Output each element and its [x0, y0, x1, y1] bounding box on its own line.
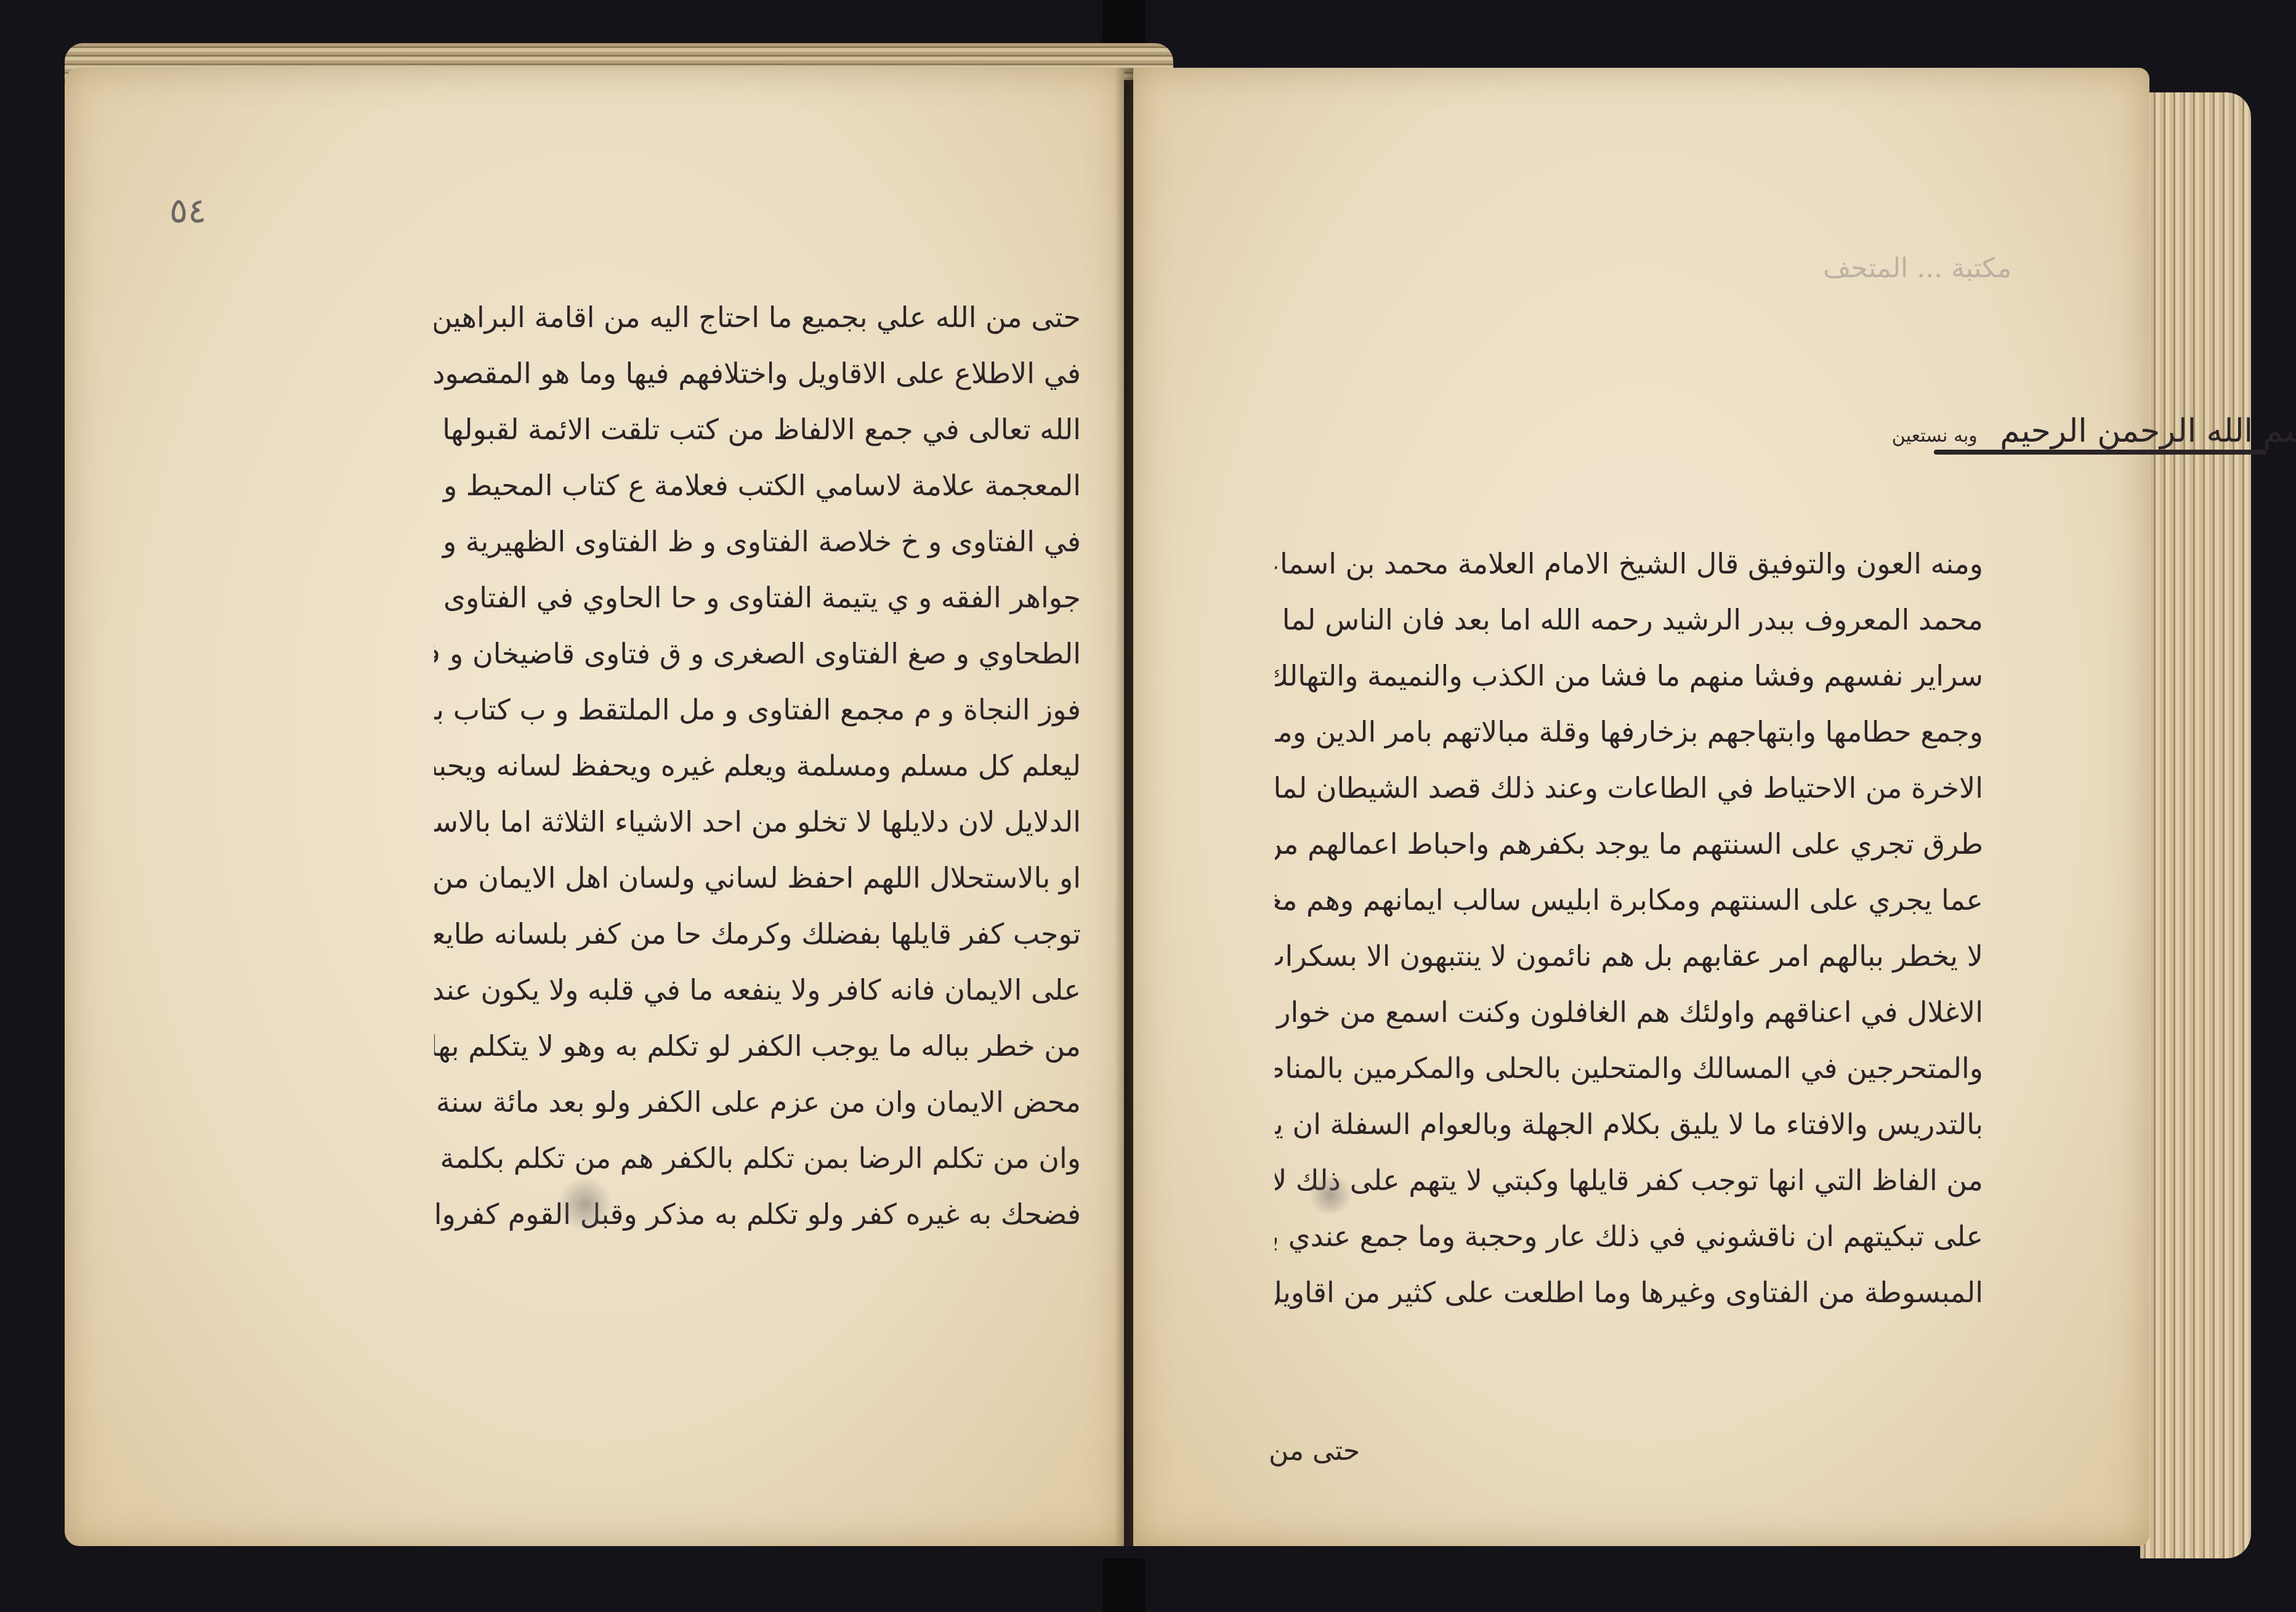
catchword: حتى من [1269, 1435, 1360, 1467]
text-line: والمتحرجين في المسالك والمتحلين بالحلى و… [1275, 1040, 1983, 1096]
library-stamp: مكتبة ... المتحف [1823, 253, 2011, 284]
text-line: الدلايل لان دلايلها لا تخلو من احد الاشي… [434, 794, 1081, 850]
text-line: ليعلم كل مسلم ومسلمة ويعلم غيره ويحفظ لس… [434, 738, 1081, 794]
text-line: المبسوطة من الفتاوى وغيرها وما اطلعت على… [1275, 1265, 1983, 1321]
text-line: على الايمان فانه كافر ولا ينفعه ما في قل… [434, 962, 1081, 1018]
text-line: على تبكيتهم ان ناقشوني في ذلك عار وحجبة … [1275, 1209, 1983, 1265]
basmala-heading: بسم الله الرحمن الرحيم وبه نستعين [1749, 413, 2296, 505]
text-line: سراير نفسهم وفشا منهم ما فشا من الكذب وا… [1275, 648, 1983, 704]
text-line: بالتدريس والافتاء ما لا يليق بكلام الجهل… [1275, 1096, 1983, 1152]
text-line: ومنه العون والتوفيق قال الشيخ الامام الع… [1275, 536, 1983, 592]
text-line: حتى من الله علي بجميع ما احتاج اليه من ا… [434, 290, 1081, 346]
text-line: المعجمة علامة لاسامي الكتب فعلامة ع كتاب… [434, 458, 1081, 514]
folio-number: ٥٤ [169, 191, 206, 231]
text-line: الطحاوي و صغ الفتاوى الصغرى و ق فتاوى قا… [434, 626, 1081, 682]
basmala-extended-stroke [1934, 450, 2266, 455]
right-page-edges [2140, 92, 2251, 1558]
basmala-text: بسم الله الرحمن الرحيم [2000, 413, 2296, 450]
text-line: فضحك به غيره كفر ولو تكلم به مذكر وقبل ا… [434, 1186, 1081, 1242]
text-line: محمد المعروف ببدر الرشيد رحمه الله اما ب… [1275, 592, 1983, 648]
text-line: الاخرة من الاحتياط في الطاعات وعند ذلك ق… [1275, 760, 1983, 816]
left-page-text: حتى من الله علي بجميع ما احتاج اليه من ا… [434, 290, 1081, 1242]
text-line: لا يخطر ببالهم امر عقابهم بل هم نائمون ل… [1275, 928, 1983, 984]
right-page: مكتبة ... المتحف بسم الله الرحمن الرحيم … [1133, 68, 2149, 1546]
ink-stain [1306, 1177, 1355, 1213]
text-line: او بالاستحلال اللهم احفظ لساني ولسان اهل… [434, 850, 1081, 906]
text-line: توجب كفر قايلها بفضلك وكرمك حا من كفر بل… [434, 906, 1081, 962]
text-line: من خطر بباله ما يوجب الكفر لو تكلم به وه… [434, 1018, 1081, 1074]
text-line: في الاطلاع على الاقاويل واختلافهم فيها و… [434, 346, 1081, 402]
text-line: محض الايمان وان من عزم على الكفر ولو بعد… [434, 1074, 1081, 1130]
text-line: في الفتاوى و خ خلاصة الفتاوى و ظ الفتاوى… [434, 514, 1081, 570]
ink-stain [557, 1177, 613, 1232]
text-line: الاغلال في اعناقهم واولئك هم الغافلون وك… [1275, 984, 1983, 1040]
text-line: الله تعالى في جمع الالفاظ من كتب تلقت ال… [434, 402, 1081, 458]
basmala-note: وبه نستعين [1892, 425, 1978, 447]
right-page-text: ومنه العون والتوفيق قال الشيخ الامام الع… [1275, 536, 1983, 1321]
text-line: وان من تكلم الرضا بمن تكلم بالكفر هم من … [434, 1130, 1081, 1186]
text-line: جواهر الفقه و ي يتيمة الفتاوى و حا الحاو… [434, 570, 1081, 626]
text-line: طرق تجري على السنتهم ما يوجد بكفرهم واحب… [1275, 816, 1983, 872]
text-line: فوز النجاة و م مجمع الفتاوى و مل الملتقط… [434, 682, 1081, 738]
open-manuscript: ٥٤ حتى من الله علي بجميع ما احتاج اليه م… [59, 37, 2251, 1589]
text-line: وجمع حطامها وابتهاجهم بزخارفها وقلة مبال… [1275, 704, 1983, 760]
left-page: ٥٤ حتى من الله علي بجميع ما احتاج اليه م… [65, 68, 1124, 1546]
text-line: من الفاظ التي انها توجب كفر قايلها وكبتي… [1275, 1152, 1983, 1209]
text-line: عما يجري على السنتهم ومكابرة ابليس سالب … [1275, 872, 1983, 928]
